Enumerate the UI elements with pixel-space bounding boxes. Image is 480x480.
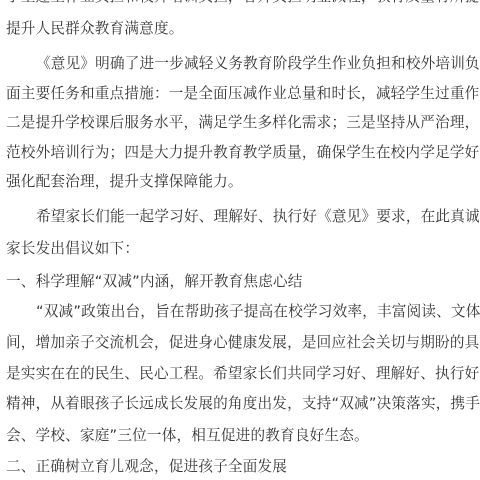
text-line: 二是提升学校课后服务水平，满足学生多样化需求；三是坚持从严治理，全面规 bbox=[6, 113, 476, 133]
section-heading-1: 一、科学理解“双减”内涵，解开教育焦虑心结 bbox=[6, 272, 476, 292]
text-line: 是实实在在的民生、民心工程。希望家长们共同学习好、理解好、执行好《意见》 bbox=[6, 364, 476, 384]
text-line: 家长发出倡议如下： bbox=[6, 239, 476, 259]
section-heading-2: 二、正确树立育儿观念，促进孩子全面发展 bbox=[6, 457, 476, 477]
text-line: 强化配套治理，提升支撑保障能力。 bbox=[6, 172, 476, 192]
text-line: 面主要任务和重点措施：一是全面压减作业总量和时长，减轻学生过重作业负担； bbox=[6, 84, 476, 104]
paragraph-start: “双减”政策出台，旨在帮助孩子提高在校学习效率，丰富阅读、文体活动时 bbox=[36, 302, 480, 322]
text-line: 间，增加亲子交流机会，促进身心健康发展，是回应社会关切与期盼的具体行动， bbox=[6, 333, 476, 353]
text-line-partial: 孑童连坐作业负担和校外培训负担，谷外负担明显减轻，教育质量有所提升，要切实 bbox=[6, 0, 476, 7]
paragraph-start: 希望家长们能一起学习好、理解好、执行好《意见》要求，在此真诚向全校 bbox=[36, 207, 480, 227]
paragraph-start: 《意见》明确了进一步减轻义务教育阶段学生作业负担和校外培训负担五方 bbox=[36, 54, 480, 74]
text-line: 提升人民群众教育满意度。 bbox=[6, 19, 476, 39]
text-line: 会、学校、家庭”三位一体，相互促进的教育良好生态。 bbox=[6, 426, 476, 446]
text-line: 精神，从着眼孩子长远成长发展的角度出发，支持“双减”决策落实，携手共建“社 bbox=[6, 394, 476, 414]
text-line: 范校外培训行为；四是大力提升教育教学质量，确保学生在校内学足学好；五是 bbox=[6, 143, 476, 163]
